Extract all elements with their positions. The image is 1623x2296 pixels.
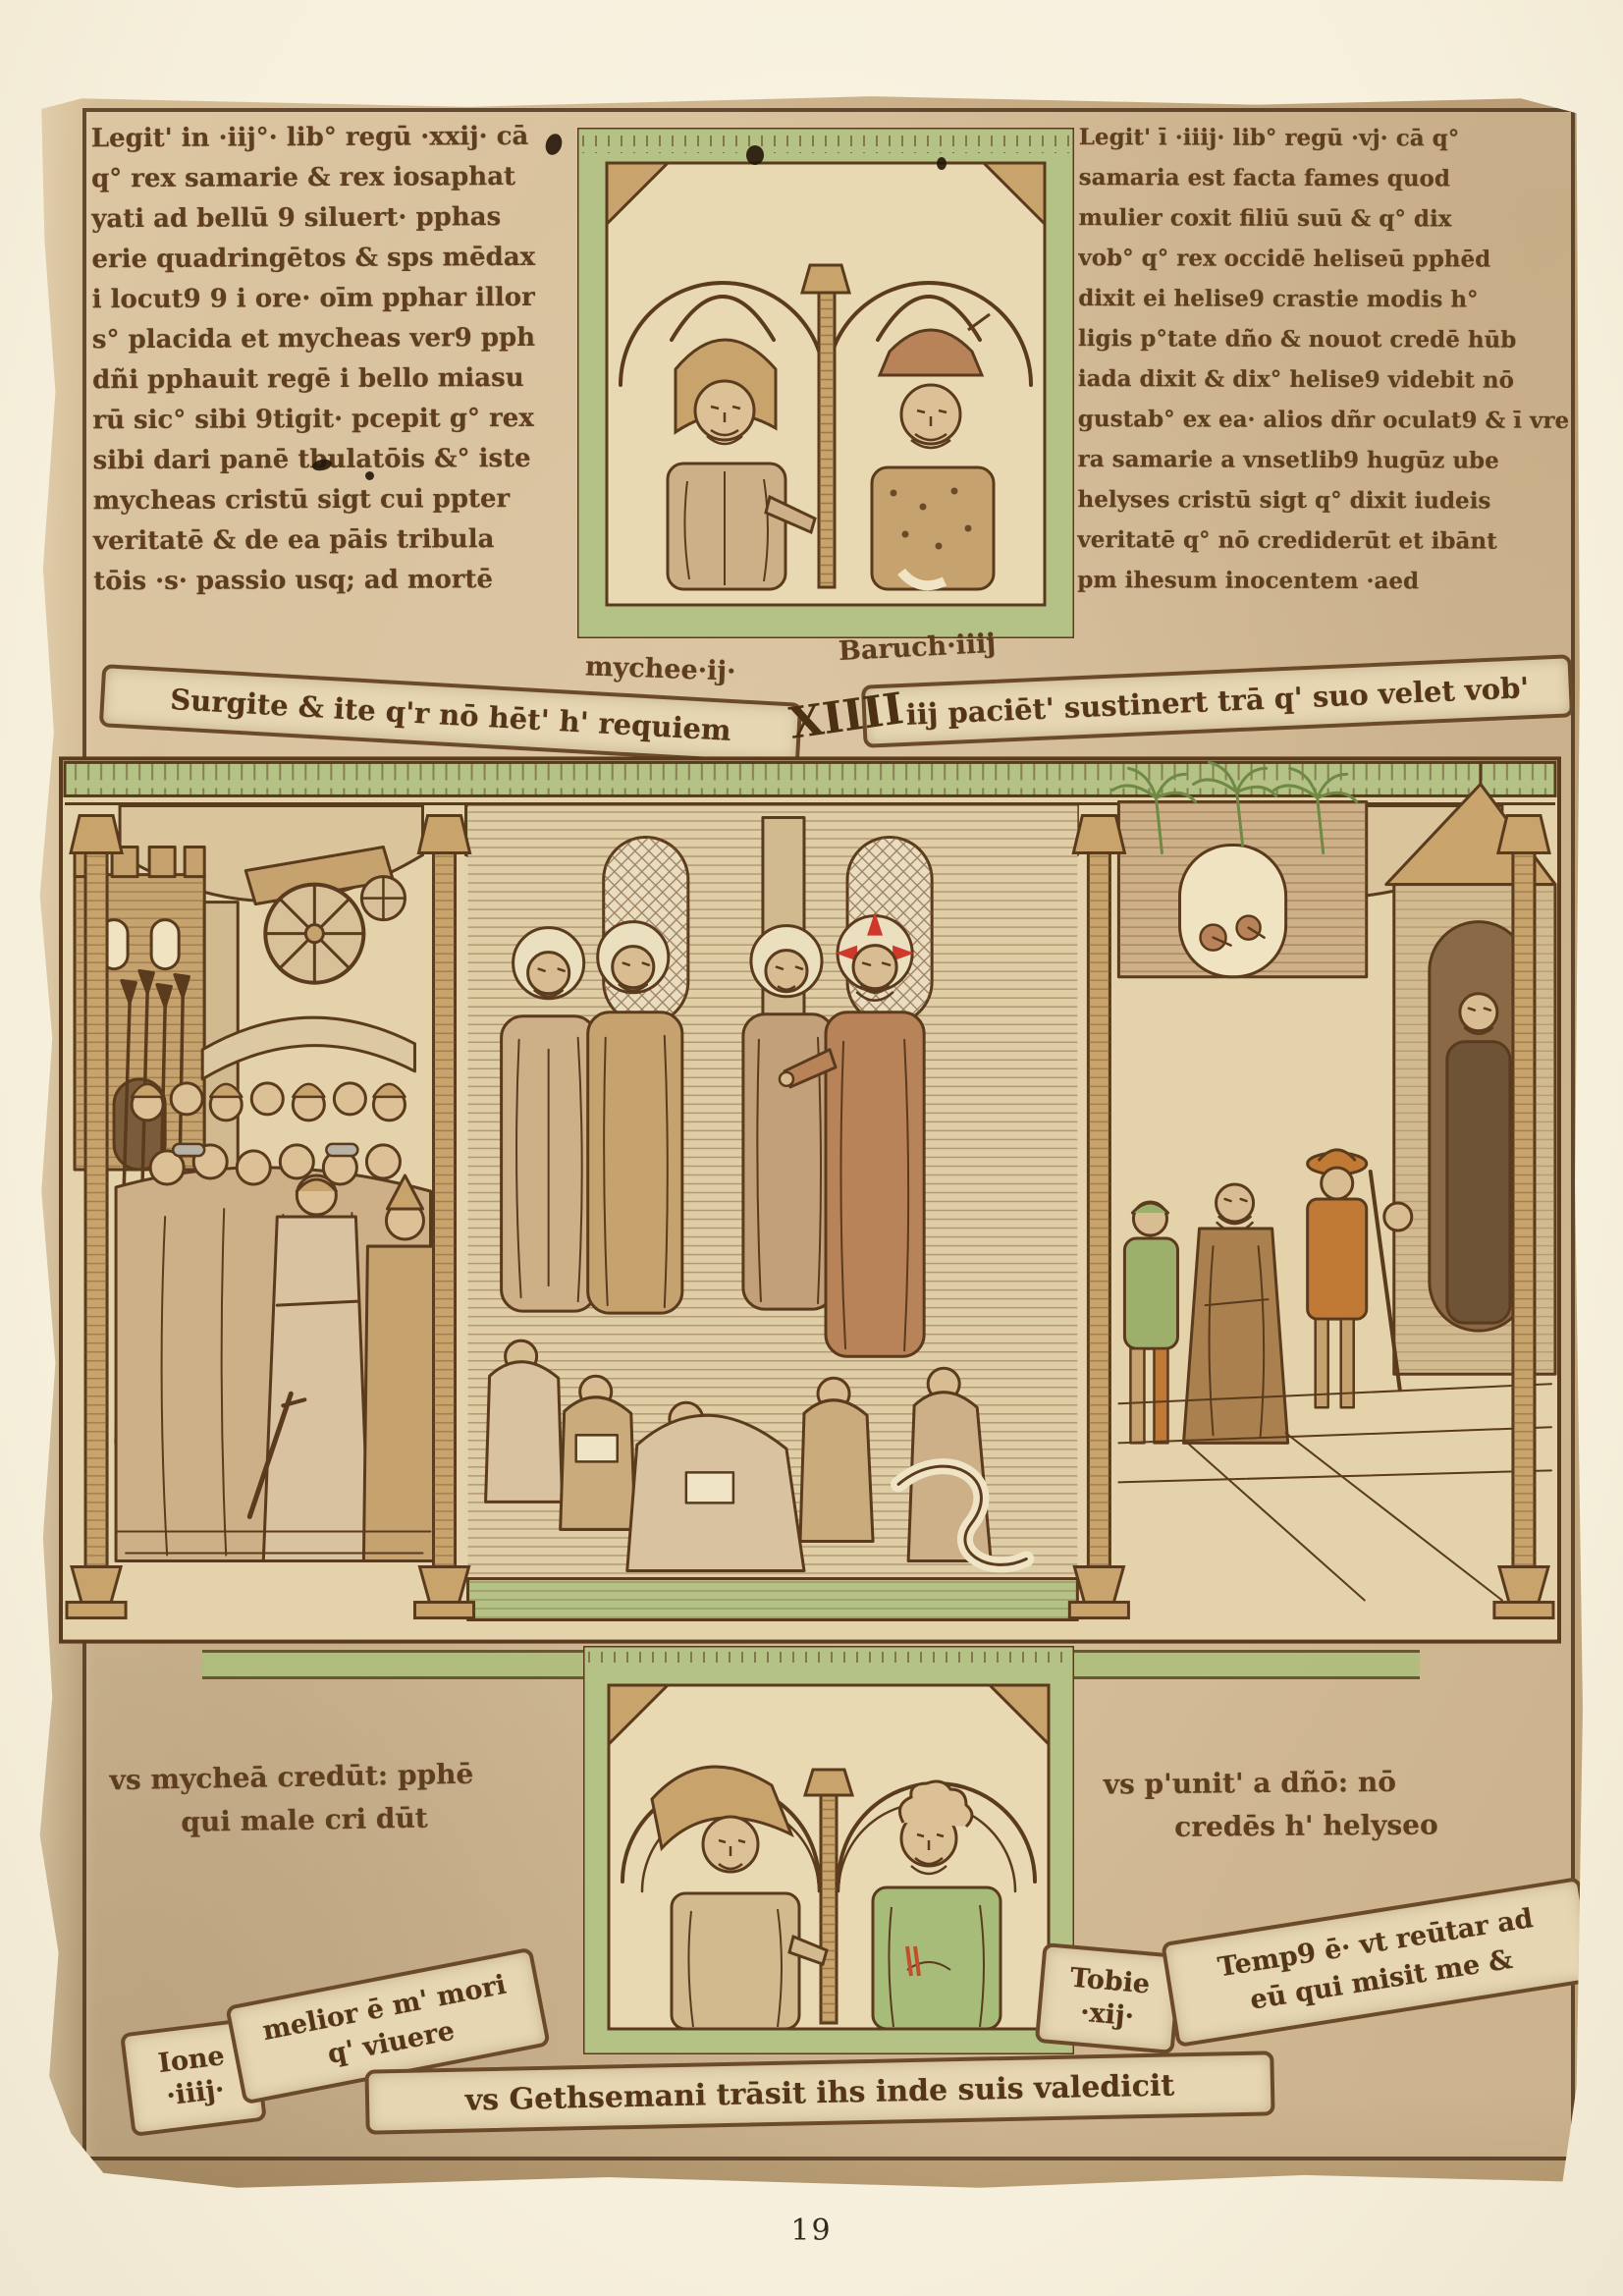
caption-bottom-right: vs p'unit' a dñō: nōcredēs h' helyseo	[1104, 1761, 1438, 1850]
text-line: rū sic° sibi 9tigit· pcepit g° rex	[92, 399, 569, 442]
text-line: samaria est facta fames quod	[1079, 157, 1570, 199]
ink-blot	[746, 145, 764, 165]
text-line: ·xij·	[1079, 1996, 1136, 2035]
text-line: pm ihesum inocentem ·aed	[1077, 560, 1568, 602]
caption-bottom-left: vs mycheā credūt: pphēqui male cri dūt	[109, 1753, 474, 1845]
text-line: helyses cristū sigt q° dixit iudeis	[1077, 479, 1568, 521]
text-line: tōis ·s· passio usq; ad mortē	[93, 560, 570, 603]
text-line: Legit' ī ·iiij· lib° regū ·vj· cā q°	[1079, 117, 1570, 159]
garden-gate	[1118, 801, 1366, 976]
text-line: dixit ei helise9 crastie modis h°	[1078, 278, 1569, 320]
text-line: q° rex samarie & rex iosaphat	[91, 157, 568, 200]
lesson-text-right: Legit' ī ·iiij· lib° regū ·vj· cā q°sama…	[1077, 117, 1570, 602]
text-line: ligis p°tate dño & nouot credē hūb	[1078, 318, 1569, 360]
text-line: s° placida et mycheas ver9 pph	[92, 318, 569, 361]
banderole-top-right-text: iij paciēt' sustinert trā q' suo velet v…	[905, 671, 1530, 732]
prophets-bottom-woodcut	[583, 1646, 1074, 2054]
page-number: 19	[0, 2214, 1623, 2248]
text-line: vob° q° rex occidē heliseū pphēd	[1078, 238, 1569, 280]
text-line: erie quadringētos & sps mēdax	[91, 238, 568, 281]
text-line: i locut9 9 i ore· oīm pphar illor	[92, 278, 569, 321]
prophets-top-svg	[577, 128, 1074, 638]
text-line: ra samarie a vnsetlib9 hugūz ube	[1078, 439, 1569, 481]
text-line: mulier coxit filiū suū & q° dix	[1078, 197, 1569, 240]
banderole-center-text: vs Gethsemani trāsit ihs inde suis valed…	[464, 2068, 1174, 2117]
ink-blot	[937, 157, 947, 170]
text-line: Legit' in ·iij°· lib° regū ·xxij· cā	[91, 117, 568, 160]
text-line: credēs h' helyseo	[1174, 1804, 1438, 1849]
prophets-top-woodcut	[577, 128, 1074, 638]
scene-christ-farewell-disciples	[468, 805, 1078, 1619]
blockbook-leaf: Legit' in ·iij°· lib° regū ·xxij· cāq° r…	[35, 94, 1583, 2192]
ink-blot	[365, 471, 374, 480]
banderole-tobias-label: Tobie·xij·	[1035, 1942, 1182, 2054]
text-line: gustab° ex ea· alios dñr oculat9 & ī vre	[1078, 399, 1569, 441]
book-page: Legit' in ·iij°· lib° regū ·xxij· cāq° r…	[0, 0, 1623, 2296]
prophets-bottom-svg	[583, 1646, 1074, 2054]
text-line: dñi pphauit regē i bello miasu	[92, 358, 569, 402]
text-line: ·iiij·	[165, 2073, 227, 2113]
main-woodcut	[57, 754, 1563, 1646]
text-line: sibi dari panē tbulatōis &° iste	[92, 439, 569, 482]
main-woodcut-svg	[57, 754, 1563, 1646]
text-line: vs mycheā credūt: pphē	[109, 1753, 473, 1802]
text-line: mycheas cristū sigt cui ppter	[93, 479, 570, 522]
text-line: veritatē q° nō crediderūt et ibānt	[1077, 519, 1568, 562]
prophet-label-micaiah: mychee·ij·	[585, 651, 737, 686]
text-line: iada dixit & dix° helise9 videbit nō	[1078, 358, 1569, 401]
text-line: qui male cri dūt	[181, 1796, 474, 1844]
lesson-text-left: Legit' in ·iij°· lib° regū ·xxij· cāq° r…	[91, 117, 571, 603]
text-line: veritatē & de ea pāis tribula	[93, 519, 570, 563]
text-line: vs p'unit' a dñō: nō	[1104, 1761, 1438, 1807]
text-line: yati ad bellū 9 siluert· pphas	[91, 197, 568, 241]
